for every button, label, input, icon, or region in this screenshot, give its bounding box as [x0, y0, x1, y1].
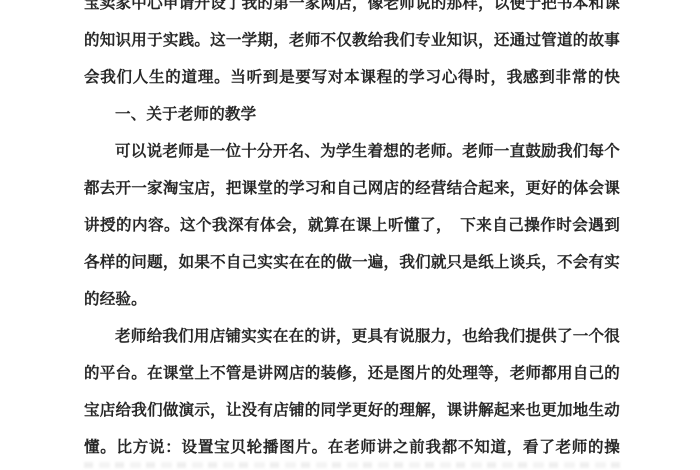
- clipped-text-remnant: [84, 462, 620, 468]
- text-line: 讲授的内容。这个我深有体会，就算在课上听懂了， 下来自己操作时会遇到各种: [84, 207, 620, 244]
- paragraph-last-line: 的经验。: [84, 281, 620, 318]
- text-line: 宝店给我们做演示，让没有店铺的同学更好的理解，课讲解起来也更加地生动易: [84, 392, 620, 429]
- text-line: 的平台。在课堂上不管是讲网店的装修，还是图片的处理等，老师都用自己的淘: [84, 355, 620, 392]
- text-line: 的知识用于实践。这一学期，老师不仅教给我们专业知识，还通过管道的故事教: [84, 22, 620, 59]
- text-line: 都去开一家淘宝店，把课堂的学习和自己网店的经营结合起来，更好的体会课堂: [84, 170, 620, 207]
- document-page: 宝卖家中心申请开设了我的第一家网店，像老师说的那样，以便于把书本和课堂 的知识用…: [0, 0, 700, 470]
- text-line-clipped-top: 宝卖家中心申请开设了我的第一家网店，像老师说的那样，以便于把书本和课堂: [84, 0, 620, 22]
- text-line: 懂。比方说：设置宝贝轮播图片。在老师讲之前我都不知道，看了老师的操作，: [84, 429, 620, 466]
- paragraph-first-line: 可以说老师是一位十分开名、为学生着想的老师。老师一直鼓励我们每个人: [84, 133, 620, 170]
- text-line: 会我们人生的道理。当听到是要写对本课程的学习心得时，我感到非常的快乐。: [84, 59, 620, 96]
- text-block: 宝卖家中心申请开设了我的第一家网店，像老师说的那样，以便于把书本和课堂 的知识用…: [84, 0, 620, 466]
- section-heading: 一、关于老师的教学: [84, 96, 620, 133]
- paragraph-first-line: 老师给我们用店铺实实在在的讲，更具有说服力，也给我们提供了一个很好: [84, 318, 620, 355]
- text-line: 各样的问题，如果不自己实实在在的做一遍，我们就只是纸上谈兵，不会有实战: [84, 244, 620, 281]
